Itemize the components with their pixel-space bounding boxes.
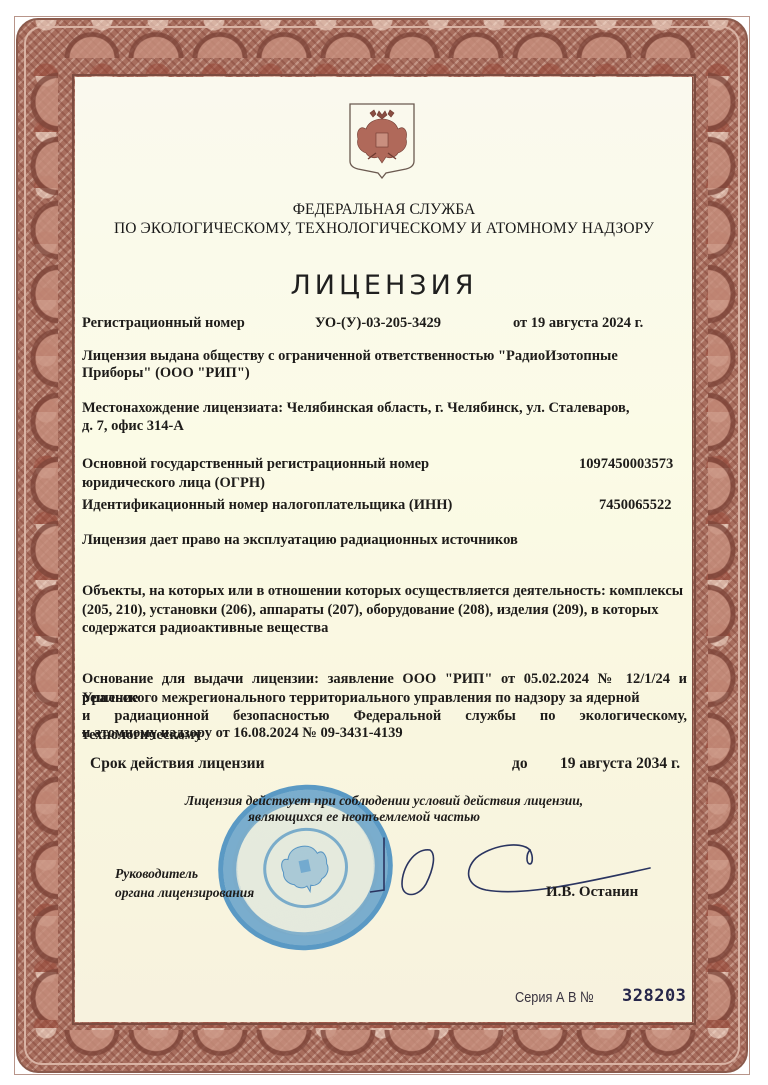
location-line1: Местонахождение лицензиата: Челябинская … — [82, 399, 687, 418]
border-ornament-bottom — [60, 1030, 700, 1060]
signatory-name: И.В. Останин — [546, 884, 638, 901]
registration-number: УО-(У)-03-205-3429 — [315, 315, 441, 332]
serial-label: Серия А В № — [515, 989, 594, 1006]
registration-date: от 19 августа 2024 г. — [513, 315, 643, 332]
agency-name-line1: ФЕДЕРАЛЬНАЯ СЛУЖБА — [0, 201, 768, 219]
document-title: ЛИЦЕНЗИЯ — [0, 270, 768, 301]
conditions-line2: являющихся ее неотъемлемой частью — [0, 809, 768, 825]
validity-date: 19 августа 2034 г. — [560, 755, 680, 773]
ogrn-label-line2: юридического лица (ОГРН) — [82, 475, 265, 492]
objects-line1: Объекты, на которых или в отношении кото… — [82, 582, 687, 601]
validity-until: до — [512, 755, 528, 773]
seal-eagle-icon — [270, 833, 341, 904]
agency-name-line2: ПО ЭКОЛОГИЧЕСКОМУ, ТЕХНОЛОГИЧЕСКОМУ И АТ… — [0, 220, 768, 238]
ogrn-value: 1097450003573 — [579, 456, 673, 473]
inn-value: 7450065522 — [599, 497, 672, 514]
registration-label: Регистрационный номер — [82, 315, 245, 332]
location-line2: д. 7, офис 314-А — [82, 418, 184, 435]
inn-label: Идентификационный номер налогоплательщик… — [82, 497, 452, 514]
serial-number: 328203 — [622, 986, 686, 1006]
basis-line2: Уральского межрегионального территориаль… — [82, 689, 687, 708]
issued-to-line2: Приборы" (ООО "РИП") — [82, 365, 250, 382]
license-right: Лицензия дает право на эксплуатацию ради… — [82, 532, 518, 549]
border-ornament-top — [60, 28, 700, 58]
signature-icon — [370, 828, 670, 928]
objects-line2: (205, 210), установки (206), аппараты (2… — [82, 601, 687, 620]
coat-of-arms-icon — [346, 101, 418, 179]
ogrn-label-line1: Основной государственный регистрационный… — [82, 456, 429, 473]
objects-line3: содержатся радиоактивные вещества — [82, 620, 328, 637]
basis-line4: и атомному надзору от 16.08.2024 № 09-34… — [82, 725, 403, 742]
issued-to-line1: Лицензия выдана обществу с ограниченной … — [82, 347, 685, 366]
signatory-title-line2: органа лицензирования — [115, 885, 254, 901]
validity-label: Срок действия лицензии — [90, 755, 265, 773]
signatory-title-line1: Руководитель — [115, 866, 198, 882]
conditions-line1: Лицензия действует при соблюдении услови… — [0, 793, 768, 809]
